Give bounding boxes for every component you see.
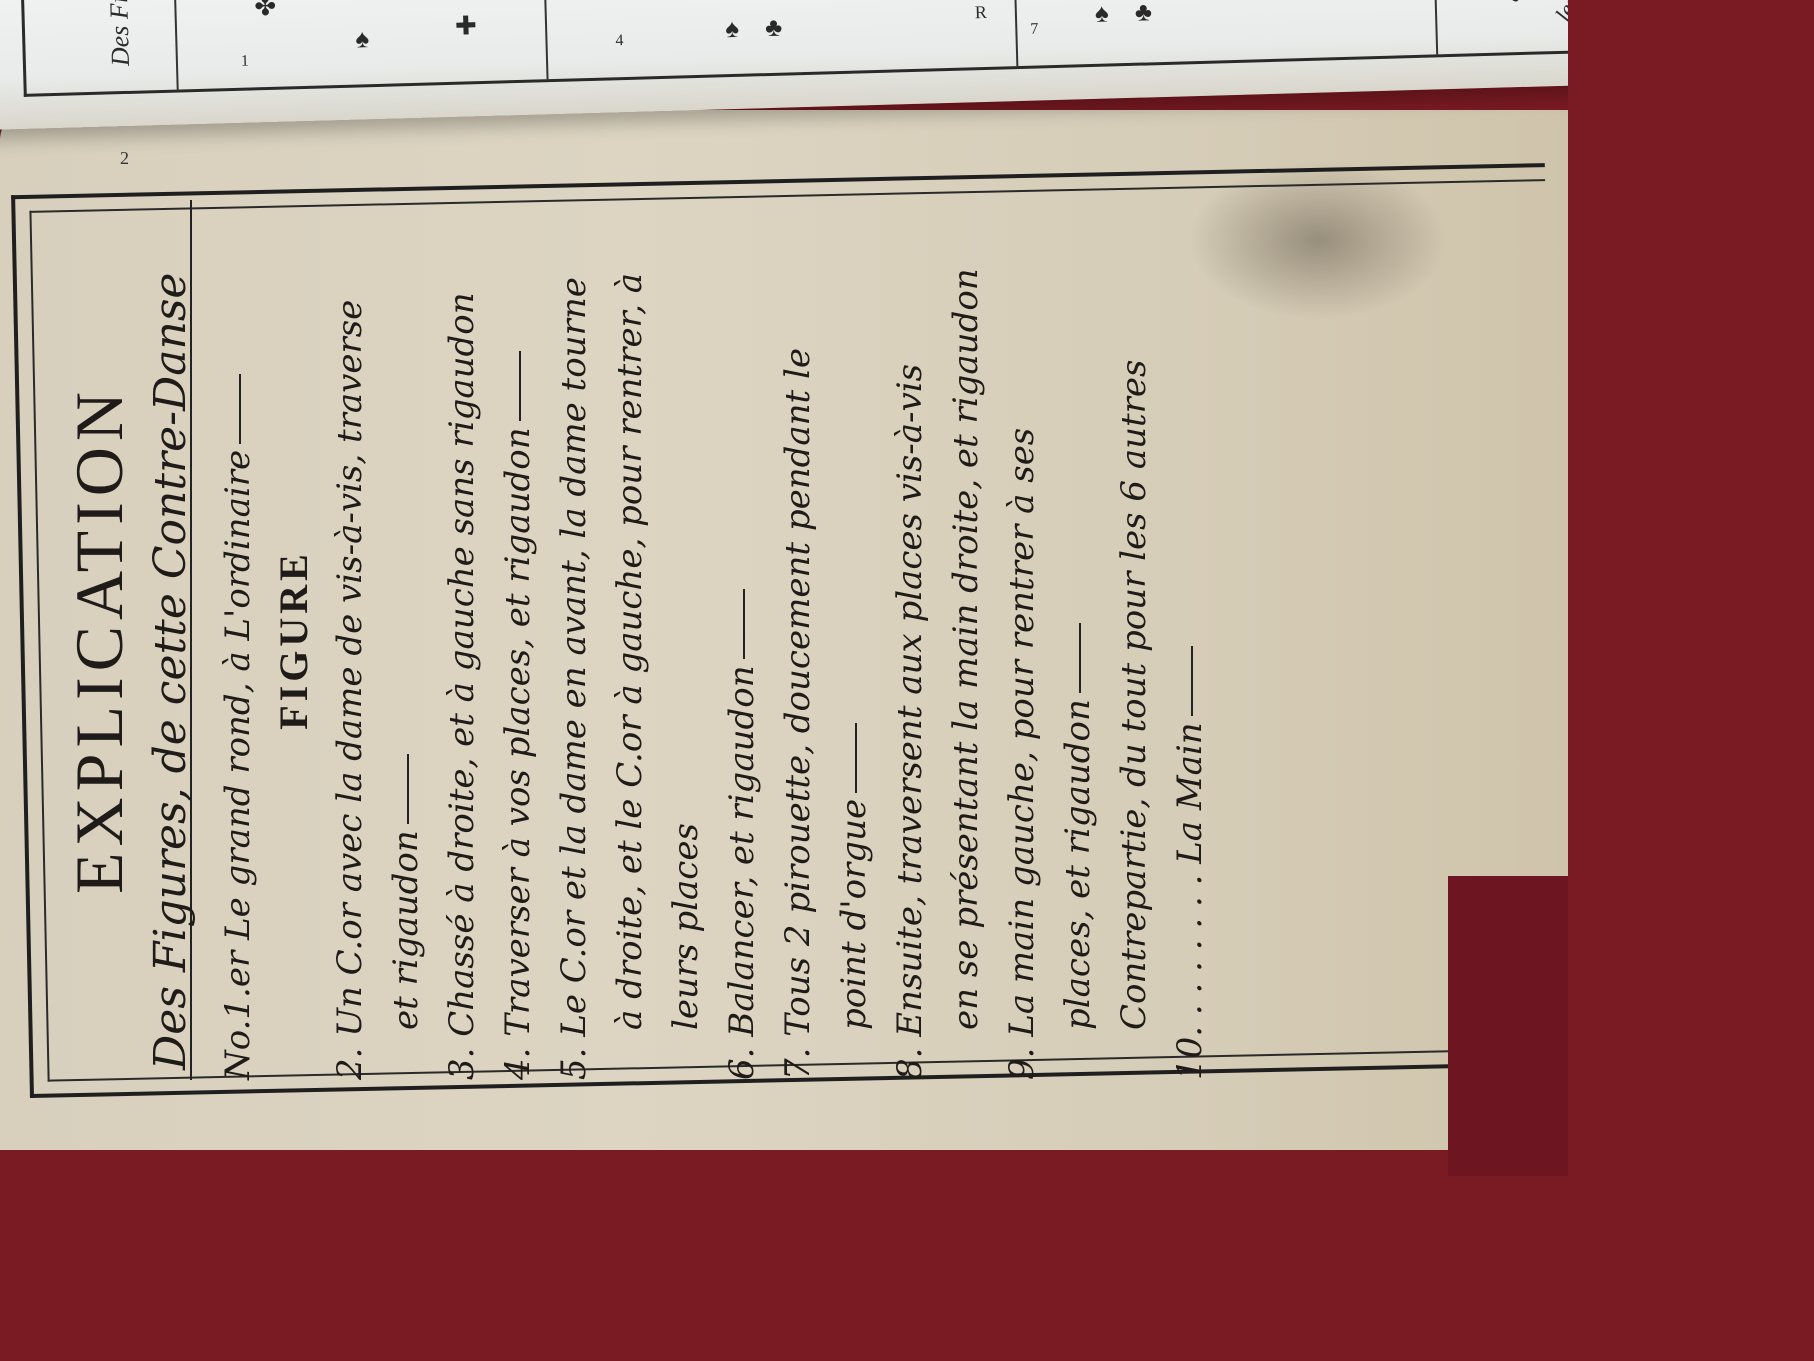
- figure-line-text: places, et rigaudon: [1058, 699, 1098, 1030]
- club-icon: ♣: [765, 13, 783, 43]
- figure-line: 5. Le C.or et la dame en avant, la dame …: [546, 200, 602, 1080]
- figure-number: 4: [615, 32, 623, 50]
- book-cover-edge: [1448, 876, 1568, 1176]
- caption-fragment: Des Fi: [104, 0, 136, 67]
- flourish-dash: [1191, 646, 1193, 716]
- figure-line: 7. Tous 2 pirouette, doucement pendant l…: [770, 200, 826, 1080]
- figure-line: à droite, et le C.or à gauche, pour rent…: [602, 200, 658, 1080]
- figure-line-text: Contrepartie, du tout pour les 6 autres: [1114, 360, 1154, 1031]
- figure-line: places, et rigaudon: [1050, 200, 1106, 1080]
- figure-line-text: 8. Ensuite, traversent aux places vis-à-…: [890, 364, 930, 1080]
- flourish-dash: [519, 351, 521, 421]
- spade-icon: ♠: [355, 24, 370, 54]
- figure-line-text: leurs places: [666, 823, 706, 1030]
- flourish-dash: [855, 723, 857, 793]
- flourish-dash: [743, 589, 745, 659]
- spade-icon: ♠: [1095, 0, 1110, 29]
- figure-line-text: en se présentant la main droite, et riga…: [946, 268, 986, 1030]
- figure-line-text: et rigaudon: [386, 830, 426, 1030]
- figure-line: 3. Chassé à droite, et à gauche sans rig…: [434, 200, 490, 1080]
- figure-lines: 2. Un C.or avec la dame de vis-à-vis, tr…: [322, 200, 1218, 1080]
- intro-line: No.1.er Le grand rond, à L'ordinaire: [210, 200, 266, 1080]
- figure-cell: [1013, 0, 1018, 66]
- figure-line-text: 3. Chassé à droite, et à gauche sans rig…: [442, 292, 482, 1080]
- figure-number: 1: [241, 53, 249, 71]
- fleur-icon: ✤: [254, 0, 277, 22]
- intro-text: No.1.er Le grand rond, à L'ordinaire: [218, 450, 258, 1080]
- figures-frame: Des Fi 1 4 R 7 ✤ ♠ ✚ ✚ ♠ ♣ ♠ ♣ Con du le…: [21, 0, 1568, 97]
- figure-line: 9. La main gauche, pour rentrer à ses: [994, 200, 1050, 1080]
- figure-line-text: 6. Balancer, et rigaudon: [722, 665, 762, 1080]
- figure-cell: [544, 0, 549, 79]
- figure-line: 4. Traverser à vos places, et rigaudon: [490, 200, 546, 1080]
- figure-number: 7: [1030, 20, 1038, 38]
- right-fragment: les: [1550, 0, 1568, 26]
- figure-line-text: 7. Tous 2 pirouette, doucement pendant l…: [778, 348, 818, 1080]
- spade-icon: ♠: [725, 14, 740, 44]
- club-icon: ♣: [1135, 0, 1153, 28]
- figure-number: R: [975, 2, 988, 23]
- figure-line: 8. Ensuite, traversent aux places vis-à-…: [882, 200, 938, 1080]
- figure-line: leurs places: [658, 200, 714, 1080]
- explication-text-block: EXPLICATION Des Figures, de cette Contre…: [40, 200, 1200, 1080]
- page-title: EXPLICATION: [60, 200, 139, 1080]
- figure-line-text: 4. Traverser à vos places, et rigaudon: [498, 427, 538, 1080]
- right-fragment: du: [1499, 0, 1532, 6]
- flourish-dash: [407, 754, 409, 824]
- figure-line: 10. . . . . . . . La Main: [1162, 200, 1218, 1080]
- page-number: 2: [120, 148, 129, 169]
- title-band: EXPLICATION Des Figures, de cette Contre…: [40, 200, 192, 1080]
- cross-icon: ✚: [455, 11, 478, 42]
- figure-line: en se présentant la main droite, et riga…: [938, 200, 994, 1080]
- figure-line-text: 2. Un C.or avec la dame de vis-à-vis, tr…: [330, 300, 370, 1080]
- figure-line: Contrepartie, du tout pour les 6 autres: [1106, 200, 1162, 1080]
- figure-line: 6. Balancer, et rigaudon: [714, 200, 770, 1080]
- figure-line-text: point d'orgue: [834, 799, 874, 1030]
- figure-line-text: à droite, et le C.or à gauche, pour rent…: [610, 273, 650, 1030]
- flourish-dash: [239, 374, 241, 444]
- cross-icon: ✚: [664, 0, 687, 1]
- figure-line-text: 10. . . . . . . . La Main: [1170, 722, 1210, 1080]
- explication-body: No.1.er Le grand rond, à L'ordinaire FIG…: [210, 200, 1218, 1080]
- flourish-dash: [1079, 623, 1081, 693]
- figure-line: 2. Un C.or avec la dame de vis-à-vis, tr…: [322, 200, 378, 1080]
- figure-cell: [174, 0, 179, 90]
- section-heading: FIGURE: [266, 200, 322, 1080]
- figure-line-text: 5. Le C.or et la dame en avant, la dame …: [554, 277, 594, 1080]
- figure-line: point d'orgue: [826, 200, 882, 1080]
- page-subtitle: Des Figures, de cette Contre-Danse: [145, 200, 196, 1070]
- figure-cell: [1433, 0, 1438, 54]
- figure-line: et rigaudon: [378, 200, 434, 1080]
- figure-line-text: 9. La main gauche, pour rentrer à ses: [1002, 428, 1042, 1080]
